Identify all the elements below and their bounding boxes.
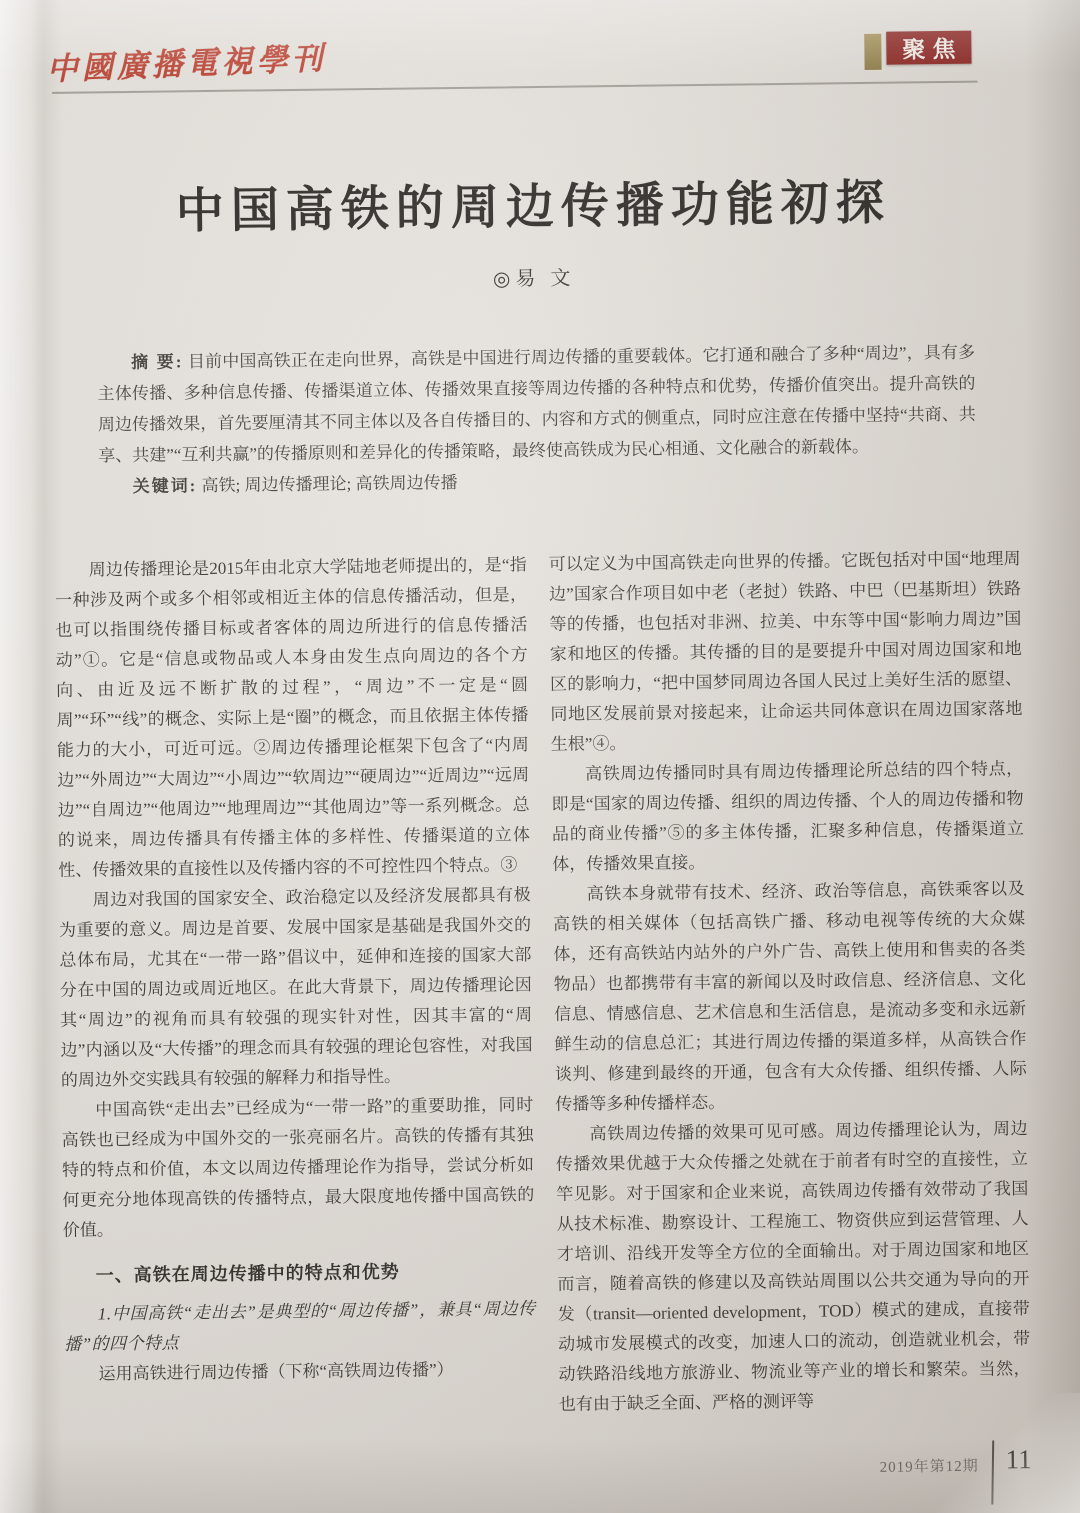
- footer-issue: 2019年第12期: [779, 1455, 979, 1478]
- abstract-block: 摘 要: 目前中国高铁正在走向世界，高铁是中国进行周边传播的重要载体。它打通和融…: [97, 337, 977, 503]
- body-paragraph: 可以定义为中国高铁走向世界的传播。它既包括对中国“地理周边”国家合作项目如中老（…: [548, 544, 1023, 760]
- body-paragraph: 高铁周边传播同时具有周边传播理论所总结的四个特点，即是“国家的周边传播、组织的周…: [551, 754, 1024, 880]
- subsection-heading: 1.中国高铁“走出去”是典型的“周边传播”，兼具“周边传播”的四个特点: [64, 1294, 537, 1360]
- page-content: 中國廣播電視學刊 聚焦 中国高铁的周边传播功能初探 ◎易 文 摘 要: 目前中国…: [0, 0, 1080, 1513]
- page-number: 11: [1005, 1444, 1031, 1475]
- abstract-text: 目前中国高铁正在走向世界，高铁是中国进行周边传播的重要载体。它打通和融合了多种“…: [97, 343, 976, 466]
- abstract-label: 摘 要:: [131, 352, 184, 372]
- right-column: 可以定义为中国高铁走向世界的传播。它既包括对中国“地理周边”国家合作项目如中老（…: [548, 544, 1031, 1452]
- badge-gold-tab: [864, 34, 881, 70]
- journal-masthead: 中國廣播電視學刊: [46, 33, 328, 89]
- article-author: ◎易 文: [0, 255, 1074, 297]
- section-heading: 一、高铁在周边传播中的特点和优势: [63, 1255, 535, 1291]
- article-body: 周边传播理论是2015年由北京大学陆地老师提出的，是“指一种涉及两个或多个相邻或…: [55, 544, 1032, 1458]
- section-badge: 聚焦: [886, 31, 971, 65]
- body-paragraph: 高铁周边传播的效果可见可感。周边传播理论认为，周边传播效果优越于大众传播之处就在…: [555, 1114, 1031, 1420]
- scanned-journal-page: 中國廣播電視學刊 聚焦 中国高铁的周边传播功能初探 ◎易 文 摘 要: 目前中国…: [0, 0, 1080, 1513]
- body-paragraph: 运用高铁进行周边传播（下称“高铁周边传播”）: [64, 1354, 536, 1390]
- footer-divider-line: [991, 1441, 994, 1505]
- article-title: 中国高铁的周边传播功能初探: [0, 161, 1074, 243]
- keywords-label: 关键词:: [133, 476, 198, 496]
- left-column: 周边传播理论是2015年由北京大学陆地老师提出的，是“指一种涉及两个或多个相邻或…: [55, 550, 538, 1458]
- keywords-text: 高铁; 周边传播理论; 高铁周边传播: [201, 473, 457, 495]
- abstract-paragraph: 摘 要: 目前中国高铁正在走向世界，高铁是中国进行周边传播的重要载体。它打通和融…: [97, 337, 976, 472]
- body-paragraph: 中国高铁“走出去”已经成为“一带一路”的重要助推，同时高铁也已经成为中国外交的一…: [61, 1090, 535, 1246]
- body-paragraph: 高铁本身就带有技术、经济、政治等信息，高铁乘客以及高铁的相关媒体（包括高铁广播、…: [553, 874, 1028, 1120]
- body-paragraph: 周边对我国的国家安全、政治稳定以及经济发展都具有极为重要的意义。周边是首要、发展…: [59, 880, 534, 1096]
- body-paragraph: 周边传播理论是2015年由北京大学陆地老师提出的，是“指一种涉及两个或多个相邻或…: [55, 550, 531, 886]
- section-badge-label: 聚焦: [902, 31, 962, 65]
